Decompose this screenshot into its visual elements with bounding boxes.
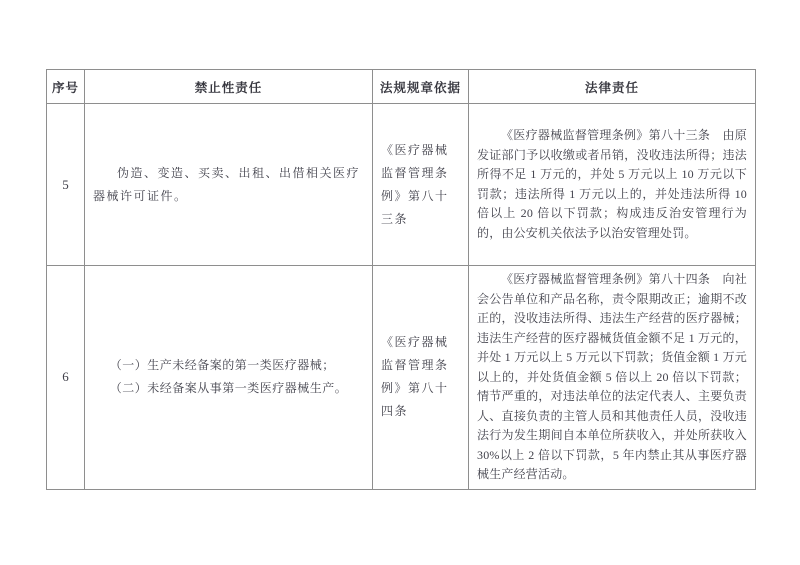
col-header-liability: 法律责任 — [469, 70, 756, 104]
basis-cell: 《医疗器械监督管理条例》第八十三条 — [373, 104, 469, 266]
row-number-cell: 5 — [47, 104, 85, 266]
prohibition-line-1: （一）生产未经备案的第一类医疗器械； — [110, 354, 348, 377]
prohibition-line-2: （二）未经备案从事第一类医疗器械生产。 — [110, 377, 348, 400]
table-header-row: 序号 禁止性责任 法规规章依据 法律责任 — [47, 70, 756, 104]
prohibition-lines: （一）生产未经备案的第一类医疗器械； （二）未经备案从事第一类医疗器械生产。 — [110, 354, 348, 400]
col-header-index: 序号 — [47, 70, 85, 104]
prohibition-text: 伪造、变造、买卖、出租、出借相关医疗器械许可证件。 — [93, 162, 364, 208]
liability-table: 序号 禁止性责任 法规规章依据 法律责任 5 伪造、变造、买卖、出租、出借相关医… — [46, 69, 756, 490]
row-number-cell: 6 — [47, 266, 85, 490]
table-row: 6 （一）生产未经备案的第一类医疗器械； （二）未经备案从事第一类医疗器械生产。… — [47, 266, 756, 490]
col-header-prohibition: 禁止性责任 — [85, 70, 373, 104]
prohibition-cell: （一）生产未经备案的第一类医疗器械； （二）未经备案从事第一类医疗器械生产。 — [85, 266, 373, 490]
basis-cell: 《医疗器械监督管理条例》第八十四条 — [373, 266, 469, 490]
col-header-basis: 法规规章依据 — [373, 70, 469, 104]
document-page: 序号 禁止性责任 法规规章依据 法律责任 5 伪造、变造、买卖、出租、出借相关医… — [0, 0, 800, 565]
table-row: 5 伪造、变造、买卖、出租、出借相关医疗器械许可证件。 《医疗器械监督管理条例》… — [47, 104, 756, 266]
liability-text: 《医疗器械监督管理条例》第八十四条 向社会公告单位和产品名称，责令限期改正；逾期… — [477, 270, 747, 485]
prohibition-cell: 伪造、变造、买卖、出租、出借相关医疗器械许可证件。 — [85, 104, 373, 266]
liability-cell: 《医疗器械监督管理条例》第八十三条 由原发证部门予以收缴或者吊销，没收违法所得；… — [469, 104, 756, 266]
liability-text: 《医疗器械监督管理条例》第八十三条 由原发证部门予以收缴或者吊销，没收违法所得；… — [477, 126, 747, 243]
liability-cell: 《医疗器械监督管理条例》第八十四条 向社会公告单位和产品名称，责令限期改正；逾期… — [469, 266, 756, 490]
